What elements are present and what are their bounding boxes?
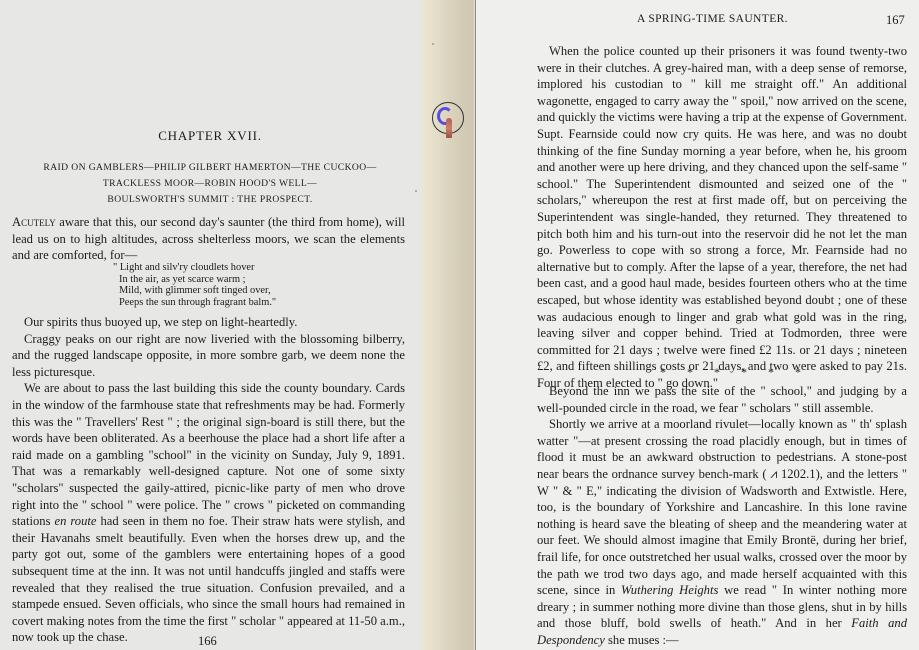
summary-line: Trackless Moor—Robin Hood's Well—	[0, 176, 420, 192]
poem-line: Peeps the sun through fragrant balm."	[113, 297, 276, 309]
gutter-edge	[475, 0, 476, 650]
lead-word: Acutely	[12, 215, 56, 229]
paragraph: Our spirits thus buoyed up, we step on l…	[12, 314, 405, 331]
paper-speck	[432, 43, 434, 45]
left-body-text: Our spirits thus buoyed up, we step on l…	[12, 314, 405, 646]
cursor-figure-icon	[446, 118, 452, 138]
chapter-summary: Raid on Gamblers—Philip Gilbert Hamerton…	[0, 160, 420, 208]
poem-quote: " Light and silv'ry cloudlets hover In t…	[113, 262, 276, 308]
paper-speck	[415, 190, 417, 192]
opening-text: aware that this, our second day's saunte…	[12, 215, 405, 262]
paragraph: Shortly we arrive at a moorland rivulet—…	[537, 416, 907, 648]
section-separator: * * * * * *	[660, 365, 810, 380]
right-body-text: When the police counted up their prisone…	[537, 43, 907, 391]
poem-line: In the air, as yet scarce warm ;	[113, 274, 276, 286]
paragraph: When the police counted up their prisone…	[537, 43, 907, 391]
chapter-title: CHAPTER XVII.	[0, 128, 420, 144]
book-title-wuthering-heights: Wuthering Heights	[621, 583, 718, 597]
book-gutter	[420, 0, 478, 650]
paragraph: We are about to pass the last building t…	[12, 380, 405, 646]
paragraph-text: We are about to pass the last building t…	[12, 381, 405, 528]
poem-line: " Light and silv'ry cloudlets hover	[113, 262, 276, 274]
paragraph-text: had seen in them no foe. Their straw hat…	[12, 514, 405, 644]
summary-line: Raid on Gamblers—Philip Gilbert Hamerton…	[0, 160, 420, 176]
italic-phrase: en route	[54, 514, 96, 528]
page-number-left: 166	[198, 634, 217, 649]
paragraph-text: Shortly we arrive at a moorland rivulet—…	[537, 417, 907, 597]
summary-line: Boulsworth's Summit : The Prospect.	[0, 192, 420, 208]
paragraph-text: she muses :—	[605, 633, 679, 647]
running-head: A SPRING-TIME SAUNTER.	[637, 13, 788, 25]
right-body-text-2: Beyond the inn we pass the site of the "…	[537, 383, 907, 649]
paragraph: Craggy peaks on our right are now liveri…	[12, 331, 405, 381]
paper-speck	[555, 48, 557, 50]
page-number-right: 167	[886, 13, 905, 28]
paragraph: Beyond the inn we pass the site of the "…	[537, 383, 907, 416]
poem-line: Mild, with glimmer soft tinged over,	[113, 285, 276, 297]
book-spread: CHAPTER XVII. Raid on Gamblers—Philip Gi…	[0, 0, 919, 650]
opening-paragraph: Acutely aware that this, our second day'…	[12, 214, 405, 264]
